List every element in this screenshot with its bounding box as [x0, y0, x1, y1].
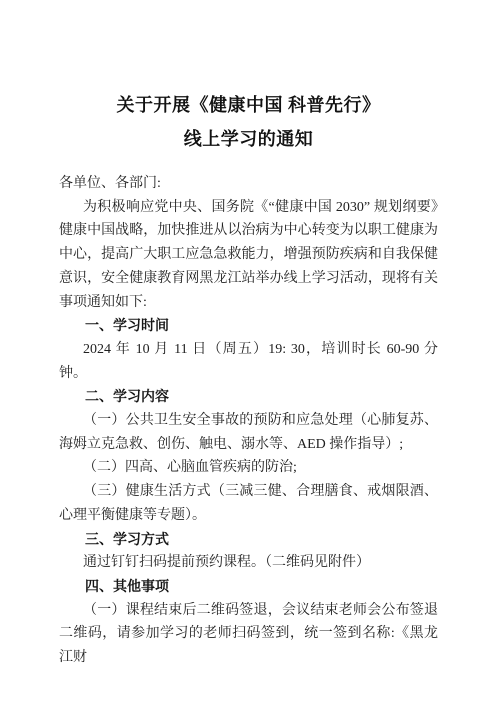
section-heading-content: 二、学习内容	[59, 385, 438, 409]
body-paragraph-other-1: （一）课程结束后二维码签退，会议结束老师会公布签退二维码，请参加学习的老师扫码签…	[59, 599, 438, 670]
body-paragraph-content-1: （一）公共卫生安全事故的预防和应急处理（心肺复苏、海姆立克急救、创伤、触电、溺水…	[59, 409, 438, 456]
body-paragraph-time: 2024 年 10 月 11 日（周五）19: 30，培训时长 60-90 分钟…	[59, 338, 438, 385]
title-line-1: 关于开展《健康中国 科普先行》	[59, 88, 438, 122]
section-heading-method: 三、学习方式	[59, 528, 438, 552]
title-line-2: 线上学习的通知	[59, 122, 438, 156]
notice-document-page: 关于开展《健康中国 科普先行》 线上学习的通知 各单位、各部门: 为积极响应党中…	[0, 0, 499, 707]
body-paragraph-content-3: （三）健康生活方式（三减三健、合理膳食、戒烟限酒、心理平衡健康等专题）。	[59, 480, 438, 527]
body-paragraph-method: 通过钉钉扫码提前预约课程。（二维码见附件）	[59, 551, 438, 575]
section-heading-study-time: 一、学习时间	[59, 314, 438, 338]
section-heading-other: 四、其他事项	[59, 575, 438, 599]
body-paragraph-content-2: （二）四高、心脑血管疾病的防治;	[59, 456, 438, 480]
body-paragraph-intro: 为积极响应党中央、国务院《“健康中国 2030” 规划纲要》健康中国战略，加快推…	[59, 196, 438, 315]
salutation: 各单位、各部门:	[59, 172, 438, 196]
page-title: 关于开展《健康中国 科普先行》 线上学习的通知	[59, 88, 438, 156]
